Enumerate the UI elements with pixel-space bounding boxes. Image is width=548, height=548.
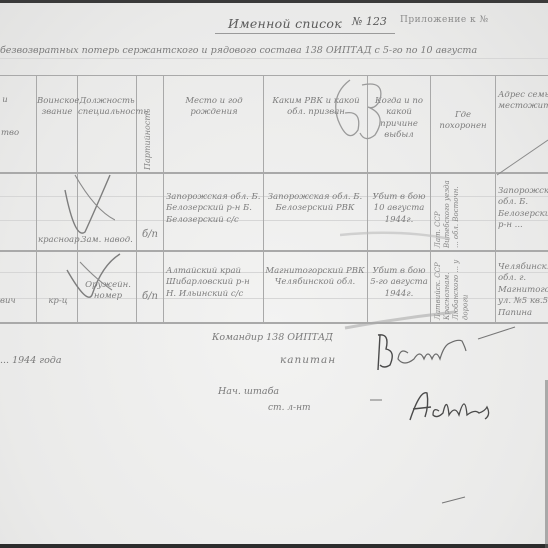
cell-party: б/п xyxy=(137,228,163,242)
commander-signature xyxy=(370,325,520,375)
header-cell-burial: Где похоронен xyxy=(432,110,494,133)
column-divider xyxy=(430,75,431,324)
chief-of-staff-rank: ст. л-нт xyxy=(268,403,311,413)
check-mark-icon xyxy=(55,170,115,240)
pencil-stroke xyxy=(340,225,460,245)
ruled-line xyxy=(0,58,548,59)
column-divider xyxy=(163,75,164,324)
cell-draft-office: Запорожская обл. Б. Белозерский РВК xyxy=(265,192,365,215)
document-title: Именной список xyxy=(228,17,342,31)
scan-top-edge xyxy=(0,0,548,3)
header-cell: тво xyxy=(0,128,20,139)
cell-party: б/п xyxy=(137,290,163,304)
column-divider xyxy=(495,75,496,324)
date-line: ... 1944 года xyxy=(0,356,61,367)
stray-mark xyxy=(440,495,470,505)
chief-of-staff-title: Нач. штаба xyxy=(218,387,279,398)
header-cell-rank: Воинское звание xyxy=(37,96,77,119)
header-cell-position: Должность специальность xyxy=(78,96,136,119)
header-cell: и xyxy=(0,95,10,106)
commander-title: Командир 138 ОИПТАД xyxy=(212,333,333,344)
row-2-bottom-border xyxy=(0,322,548,324)
appendix-label: Приложение к № xyxy=(400,15,489,25)
document-page: Именной список № 123 Приложение к № безв… xyxy=(0,0,548,548)
cell-when-why: Убит в бою 5-го августа 1944г. xyxy=(368,266,430,300)
dash-mark xyxy=(368,395,386,405)
cell-when-why: Убит в бою 10 августа 1944г. xyxy=(368,192,430,226)
cell-birthplace: Запорожская обл. Б. Белозерский р-н Б. Б… xyxy=(166,192,262,226)
header-cell-birthplace: Место и год рождения xyxy=(168,96,260,119)
cell-family-address: Челябинск. обл. г. Магнитогорск ул. №5 к… xyxy=(498,262,548,319)
circled-number-annotation xyxy=(330,75,390,150)
cell-draft-office: Магнитогорский РВК Челябинской обл. xyxy=(265,266,365,289)
document-subtitle: безвозвратных потерь сержантского и рядо… xyxy=(0,46,477,57)
header-cell-family-address: Адрес семьи, местожительство xyxy=(498,90,548,113)
cell-family-address: Запорожская обл. Б. Белозерский р-н ... xyxy=(498,186,548,232)
commander-rank: капитан xyxy=(280,354,336,366)
header-cell-party: Партийность xyxy=(143,82,153,170)
table-top-border xyxy=(0,75,548,76)
cell-birthplace: Алтайский край Шибарловский р-н Н. Ильин… xyxy=(166,266,262,300)
document-number: № 123 xyxy=(352,16,387,29)
chief-of-staff-signature xyxy=(405,385,515,425)
column-divider xyxy=(263,75,264,324)
cell-name-fragment: вич xyxy=(0,296,30,307)
check-mark-icon xyxy=(62,250,122,310)
diagonal-strike-line xyxy=(495,130,548,180)
title-underline xyxy=(215,33,395,34)
scan-bottom-edge xyxy=(0,544,548,548)
